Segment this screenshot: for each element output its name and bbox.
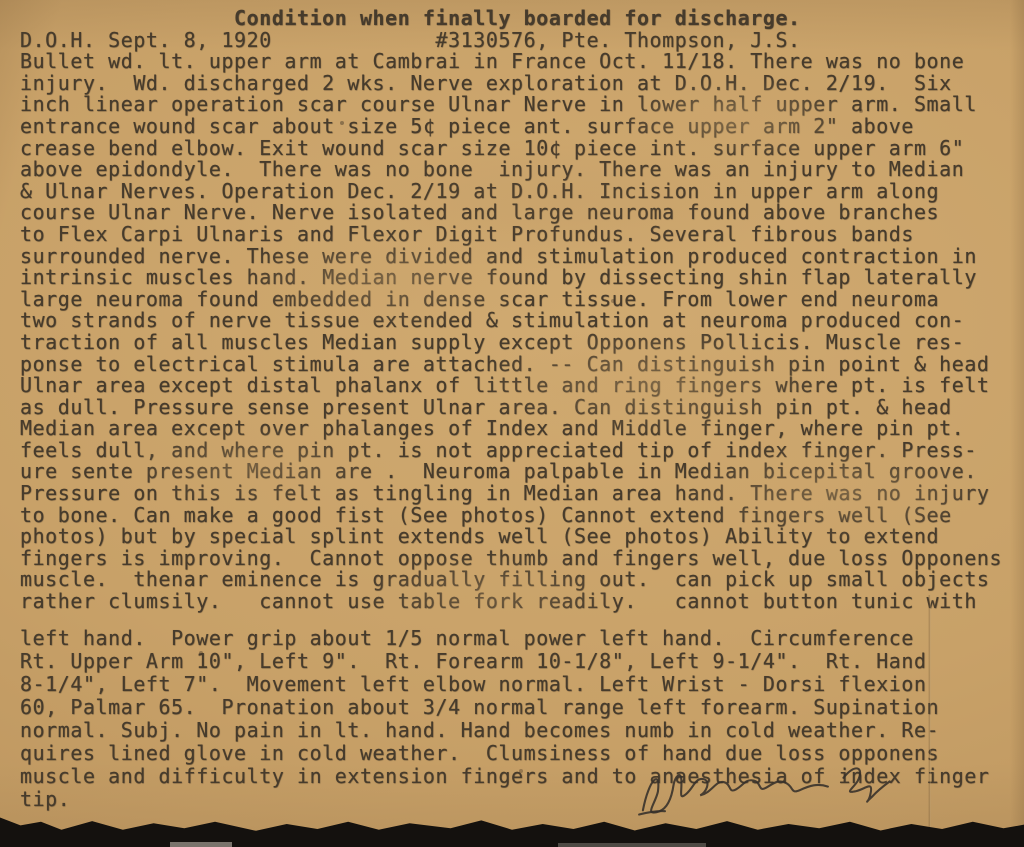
text-line-14: two strands of nerve tissue extended & s… — [20, 310, 1024, 332]
text-line-27: rather clumsily. cannot use table fork r… — [20, 591, 1024, 613]
text-line-4: inch linear operation scar course Ulnar … — [20, 94, 1024, 116]
ink-specks — [0, 0, 2, 2]
text-line-1: D.O.H. Sept. 8, 1920 #3130576, Pte. Thom… — [20, 30, 1024, 52]
text-line-22: Pressure on this is felt as tingling in … — [20, 483, 1024, 505]
text-line-28 — [20, 613, 1024, 627]
text-line-31: 8-1/4", Left 7". Movement left elbow nor… — [20, 673, 1024, 696]
fold-crease — [928, 595, 931, 847]
text-line-20: feels dull, and where pin pt. is not app… — [20, 440, 1024, 462]
text-line-25: fingers is improving. Cannot oppose thum… — [20, 548, 1024, 570]
text-line-18: as dull. Pressure sense present Ulnar ar… — [20, 397, 1024, 419]
text-line-6: crease bend elbow. Exit wound scar size … — [20, 138, 1024, 160]
text-line-21: ure sente present Median are . Neuroma p… — [20, 461, 1024, 483]
text-line-24: photos) but by special splint extends we… — [20, 526, 1024, 548]
text-line-33: normal. Subj. No pain in lt. hand. Hand … — [20, 719, 1024, 742]
text-line-32: 60, Palmar 65. Pronation about 3/4 norma… — [20, 696, 1024, 719]
text-line-7: above epidondyle. There was no bone inju… — [20, 159, 1024, 181]
text-line-10: to Flex Carpi Ulnaris and Flexor Digit P… — [20, 224, 1024, 246]
text-line-15: traction of all muscles Median supply ex… — [20, 332, 1024, 354]
text-line-0: Condition when finally boarded for disch… — [20, 8, 1024, 30]
text-line-30: Rt. Upper Arm 10", Left 9". Rt. Forearm … — [20, 650, 1024, 673]
text-line-2: Bullet wd. lt. upper arm at Cambrai in F… — [20, 51, 1024, 73]
paper-edge-shadow — [1010, 0, 1024, 847]
text-line-5: entrance wound scar about size 5¢ piece … — [20, 116, 1024, 138]
text-line-17: Ulnar area except distal phalanx of litt… — [20, 375, 1024, 397]
text-line-16: ponse to electrical stimula are attached… — [20, 354, 1024, 376]
text-line-26: muscle. thenar eminence is gradually fil… — [20, 569, 1024, 591]
text-line-29: left hand. Power grip about 1/5 normal p… — [20, 627, 1024, 650]
text-line-11: surrounded nerve. These were divided and… — [20, 246, 1024, 268]
text-line-23: to bone. Can make a good fist (See photo… — [20, 505, 1024, 527]
text-line-19: Median area except over phalanges of Ind… — [20, 418, 1024, 440]
typewritten-text: Condition when finally boarded for disch… — [20, 8, 1024, 811]
text-line-8: & Ulnar Nerves. Operation Dec. 2/19 at D… — [20, 181, 1024, 203]
text-line-3: injury. Wd. discharged 2 wks. Nerve expl… — [20, 73, 1024, 95]
scan-debris-sliver — [170, 842, 232, 847]
signature-scrawl — [626, 743, 900, 837]
text-line-13: large neuroma found embedded in dense sc… — [20, 289, 1024, 311]
scan-debris-sliver — [558, 843, 706, 847]
document-page: Condition when finally boarded for disch… — [0, 0, 1024, 847]
text-line-9: course Ulnar Nerve. Nerve isolated and l… — [20, 202, 1024, 224]
text-line-12: intrinsic muscles hand. Median nerve fou… — [20, 267, 1024, 289]
